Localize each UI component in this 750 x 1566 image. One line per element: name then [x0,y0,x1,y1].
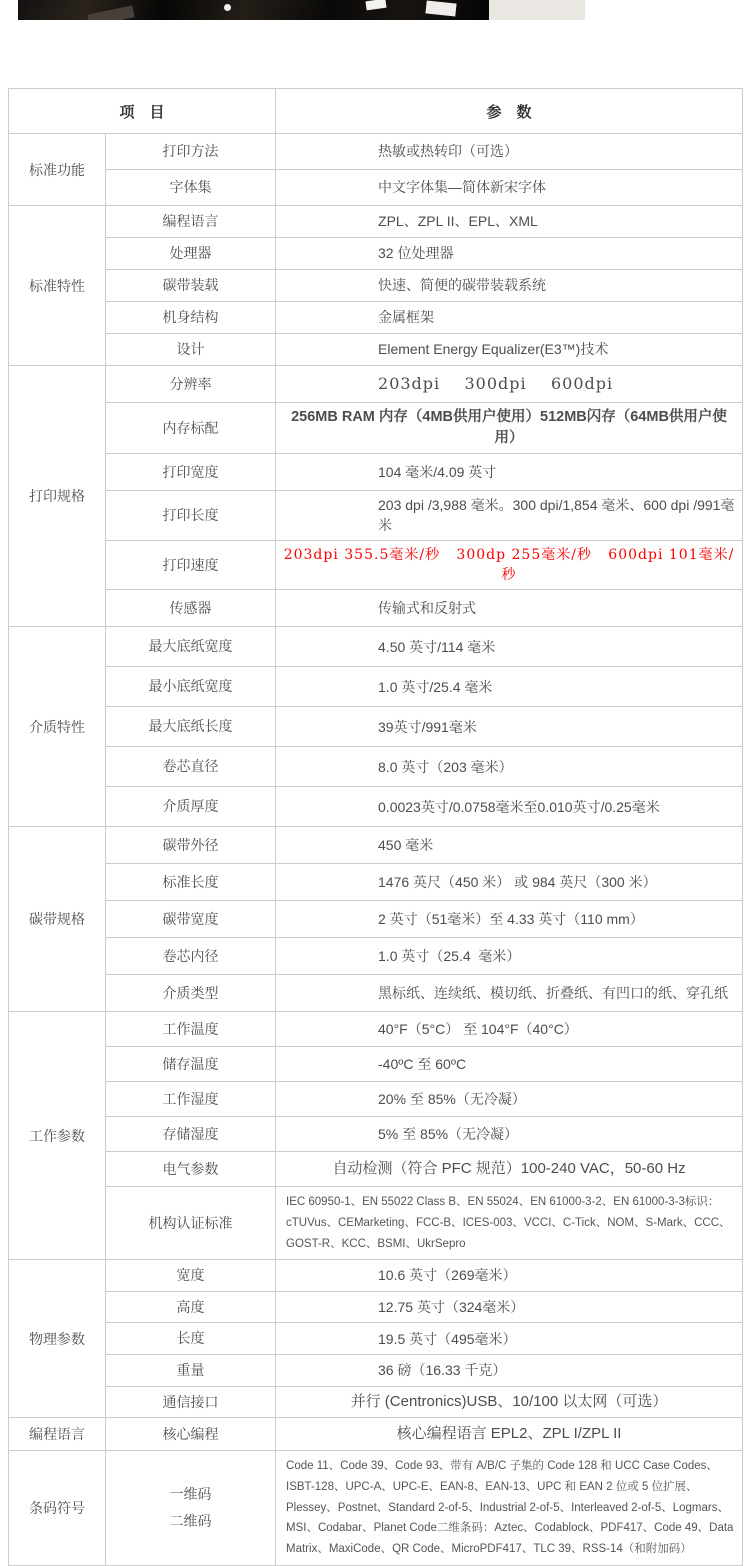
spec-value: 自动检测（符合 PFC 规范）100-240 VAC，50-60 Hz [276,1152,743,1187]
table-row: 最小底纸宽度1.0 英寸/25.4 毫米 [9,667,743,707]
table-row: 传感器传输式和反射式 [9,590,743,627]
photo-white-dot [224,4,231,11]
spec-item-label: 碳带宽度 [106,901,276,938]
spec-value: 4.50 英寸/114 毫米 [276,627,743,667]
spec-item-label: 分辨率 [106,366,276,403]
spec-value: 104 毫米/4.09 英寸 [276,454,743,491]
spec-item-label: 通信接口 [106,1386,276,1418]
spec-item-label: 打印速度 [106,540,276,590]
spec-item-label: 机构认证标准 [106,1187,276,1260]
table-row: 设计Element Energy Equalizer(E3™)技术 [9,334,743,366]
spec-item-label: 传感器 [106,590,276,627]
spec-value: 40°F（5°C） 至 104°F（40°C） [276,1012,743,1047]
spec-item-label: 重量 [106,1355,276,1387]
section-label: 碳带规格 [9,827,106,1012]
table-row: 工作湿度20% 至 85%（无冷凝） [9,1082,743,1117]
table-row: 标准特性编程语言ZPL、ZPL II、EPL、XML [9,206,743,238]
spec-item-label: 核心编程 [106,1418,276,1451]
spec-value: 12.75 英寸（324毫米） [276,1291,743,1323]
spec-value: 1.0 英寸/25.4 毫米 [276,667,743,707]
spec-value: 8.0 英寸（203 毫米） [276,747,743,787]
spec-item-label: 介质厚度 [106,787,276,827]
spec-value: 450 毫米 [276,827,743,864]
spec-value: 并行 (Centronics)USB、10/100 以太网（可选） [276,1386,743,1418]
photo-light-edge [489,0,585,20]
spec-value: 1.0 英寸（25.4 毫米） [276,938,743,975]
spec-value: 203dpi 300dpi 600dpi [276,366,743,403]
spec-item-label: 长度 [106,1323,276,1355]
table-row: 打印规格分辨率203dpi 300dpi 600dpi [9,366,743,403]
spec-value: -40ºC 至 60ºC [276,1047,743,1082]
table-row: 储存温度-40ºC 至 60ºC [9,1047,743,1082]
table-row: 卷芯直径8.0 英寸（203 毫米） [9,747,743,787]
spec-item-label: 标准长度 [106,864,276,901]
column-header-params: 参 数 [276,89,743,134]
table-row: 长度19.5 英寸（495毫米） [9,1323,743,1355]
section-label: 标准特性 [9,206,106,366]
spec-item-label: 工作温度 [106,1012,276,1047]
spec-item-label: 字体集 [106,170,276,206]
spec-value: Element Energy Equalizer(E3™)技术 [276,334,743,366]
table-row: 碳带规格碳带外径450 毫米 [9,827,743,864]
section-label: 条码符号 [9,1451,106,1565]
spec-item-label: 宽度 [106,1260,276,1292]
section-label: 介质特性 [9,627,106,827]
spec-item-label: 卷芯内径 [106,938,276,975]
table-row: 处理器32 位处理器 [9,238,743,270]
section-label: 打印规格 [9,366,106,627]
spec-value: 20% 至 85%（无冷凝） [276,1082,743,1117]
table-row: 通信接口并行 (Centronics)USB、10/100 以太网（可选） [9,1386,743,1418]
table-row: 介质特性最大底纸宽度4.50 英寸/114 毫米 [9,627,743,667]
table-row: 机身结构金属框架 [9,302,743,334]
spec-item-label: 处理器 [106,238,276,270]
table-row: 介质厚度0.0023英寸/0.0758毫米至0.010英寸/0.25毫米 [9,787,743,827]
table-row: 碳带装载快速、简便的碳带装载系统 [9,270,743,302]
spec-value: IEC 60950-1、EN 55022 Class B、EN 55024、EN… [276,1187,743,1260]
spec-value: ZPL、ZPL II、EPL、XML [276,206,743,238]
table-row: 打印速度203dpi 355.5毫米/秒 300dp 255毫米/秒 600dp… [9,540,743,590]
spec-value: 传输式和反射式 [276,590,743,627]
spec-value: 39英寸/991毫米 [276,707,743,747]
spec-value: 热敏或热转印（可选） [276,134,743,170]
table-row: 打印宽度104 毫米/4.09 英寸 [9,454,743,491]
spec-value: 快速、简便的碳带装载系统 [276,270,743,302]
spec-item-label: 高度 [106,1291,276,1323]
table-row: 碳带宽度2 英寸（51毫米）至 4.33 英寸（110 mm） [9,901,743,938]
table-row: 卷芯内径1.0 英寸（25.4 毫米） [9,938,743,975]
column-header-item: 项 目 [9,89,276,134]
table-row: 高度12.75 英寸（324毫米） [9,1291,743,1323]
spec-value: 32 位处理器 [276,238,743,270]
spec-table: 项 目 参 数 标准功能打印方法热敏或热转印（可选）字体集中文字体集—简体新宋字… [8,88,743,1566]
table-row: 电气参数自动检测（符合 PFC 规范）100-240 VAC，50-60 Hz [9,1152,743,1187]
spec-item-label: 打印宽度 [106,454,276,491]
spec-item-label: 最大底纸长度 [106,707,276,747]
spec-item-label: 存储湿度 [106,1117,276,1152]
spec-item-label: 卷芯直径 [106,747,276,787]
spec-item-label: 打印方法 [106,134,276,170]
table-row: 编程语言核心编程核心编程语言 EPL2、ZPL I/ZPL II [9,1418,743,1451]
table-row: 字体集中文字体集—简体新宋字体 [9,170,743,206]
section-label: 标准功能 [9,134,106,206]
spec-item-label: 最小底纸宽度 [106,667,276,707]
spec-item-label: 碳带装载 [106,270,276,302]
spec-item-label: 编程语言 [106,206,276,238]
table-row: 工作参数工作温度40°F（5°C） 至 104°F（40°C） [9,1012,743,1047]
spec-value: 中文字体集—简体新宋字体 [276,170,743,206]
table-row: 标准功能打印方法热敏或热转印（可选） [9,134,743,170]
table-row: 条码符号一维码 二维码Code 11、Code 39、Code 93、带有 A/… [9,1451,743,1565]
spec-value: 10.6 英寸（269毫米） [276,1260,743,1292]
product-photo-strip [18,0,585,20]
spec-value: 5% 至 85%（无冷凝） [276,1117,743,1152]
table-row: 介质类型黑标纸、连续纸、模切纸、折叠纸、有凹口的纸、穿孔纸 [9,975,743,1012]
spec-value: 2 英寸（51毫米）至 4.33 英寸（110 mm） [276,901,743,938]
spec-item-label: 碳带外径 [106,827,276,864]
spec-item-label: 内存标配 [106,403,276,454]
spec-value: 203dpi 355.5毫米/秒 300dp 255毫米/秒 600dpi 10… [276,540,743,590]
spec-value: 203 dpi /3,988 毫米。300 dpi/1,854 毫米、600 d… [276,491,743,541]
spec-value: 0.0023英寸/0.0758毫米至0.010英寸/0.25毫米 [276,787,743,827]
spec-value: Code 11、Code 39、Code 93、带有 A/B/C 子集的 Cod… [276,1451,743,1565]
spec-value: 19.5 英寸（495毫米） [276,1323,743,1355]
table-row: 内存标配256MB RAM 内存（4MB供用户使用）512MB闪存（64MB供用… [9,403,743,454]
spec-item-label: 一维码 二维码 [106,1451,276,1565]
section-label: 物理参数 [9,1260,106,1418]
spec-item-label: 储存温度 [106,1047,276,1082]
spec-value: 1476 英尺（450 米） 或 984 英尺（300 米） [276,864,743,901]
spec-item-label: 介质类型 [106,975,276,1012]
spec-value: 黑标纸、连续纸、模切纸、折叠纸、有凹口的纸、穿孔纸 [276,975,743,1012]
table-row: 物理参数宽度10.6 英寸（269毫米） [9,1260,743,1292]
spec-item-label: 打印长度 [106,491,276,541]
spec-item-label: 机身结构 [106,302,276,334]
header-row: 项 目 参 数 [9,89,743,134]
section-label: 工作参数 [9,1012,106,1260]
spec-value: 金属框架 [276,302,743,334]
spec-item-label: 电气参数 [106,1152,276,1187]
table-row: 机构认证标准IEC 60950-1、EN 55022 Class B、EN 55… [9,1187,743,1260]
table-row: 存储湿度5% 至 85%（无冷凝） [9,1117,743,1152]
table-row: 重量36 磅（16.33 千克） [9,1355,743,1387]
spec-item-label: 最大底纸宽度 [106,627,276,667]
spec-item-label: 工作湿度 [106,1082,276,1117]
spec-item-label: 设计 [106,334,276,366]
section-label: 编程语言 [9,1418,106,1451]
table-row: 打印长度203 dpi /3,988 毫米。300 dpi/1,854 毫米、6… [9,491,743,541]
table-row: 最大底纸长度39英寸/991毫米 [9,707,743,747]
table-row: 标准长度1476 英尺（450 米） 或 984 英尺（300 米） [9,864,743,901]
spec-value: 256MB RAM 内存（4MB供用户使用）512MB闪存（64MB供用户使用） [276,403,743,454]
spec-value: 核心编程语言 EPL2、ZPL I/ZPL II [276,1418,743,1451]
spec-value: 36 磅（16.33 千克） [276,1355,743,1387]
